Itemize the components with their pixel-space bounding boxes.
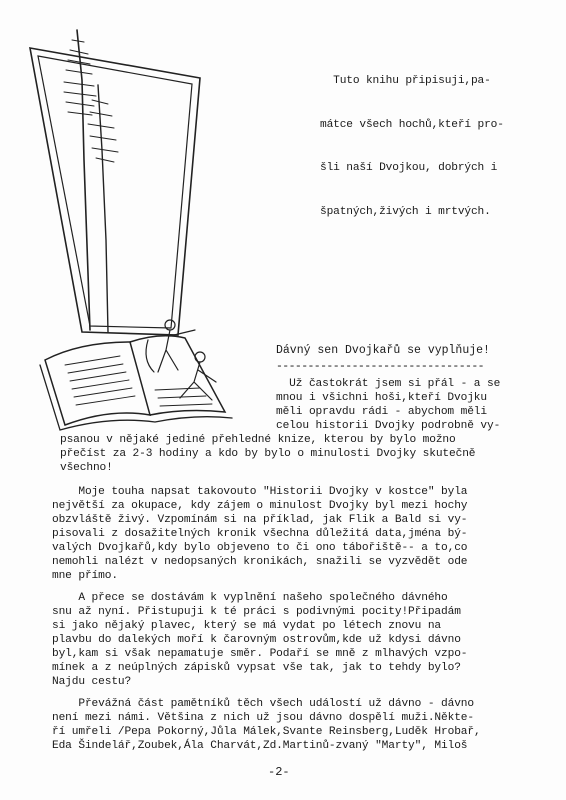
text-line: mnou i všichni hoši,kteří Dvojku [276,392,487,405]
text-line: Moje touha napsat takovouto "Historii Dv… [52,486,467,499]
text-line: měli opravdu rádi - abychom měli [276,406,487,419]
text-line: plavbu do dalekých moří k čarovným ostro… [52,634,461,647]
text-line: mne přímo. [52,570,118,583]
text-line: psanou v nějaké jediné přehledné knize, … [60,434,456,447]
page-number: -2- [268,765,290,779]
text-line: není mezi námi. Většina z nich už jsou d… [52,712,474,725]
heading-underline: --------------------------------- [276,360,484,373]
text-line: A přece se dostávám k vyplnění našeho sp… [52,592,448,605]
section-heading: Dávný sen Dvojkařů se vyplňuje! [276,344,490,357]
dedication-line: Tuto knihu připisuji,pa- [320,74,540,89]
text-line: Eda Šindelář,Zoubek,Ála Charvát,Zd.Marti… [52,740,467,753]
text-line: největší za okupace, kdy zájem o minulos… [52,500,467,513]
text-line: mínek a z neúplných zápisků vypsat vše t… [52,662,461,675]
dedication-line: špatných,živých i mrtvých. [320,205,540,220]
text-line: Převážná část pamětníků těch všech událo… [52,698,474,711]
text-line: ří umřeli /Pepa Pokorný,Jůla Málek,Svant… [52,726,481,739]
text-line: celou historii Dvojky podrobně vy- [276,420,500,433]
dedication-line: šli naší Dvojkou, dobrých i [320,161,540,176]
text-line: si jako nějaký plavec, který se má vydat… [52,620,441,633]
text-line: pisovali z dosažitelných kronik všechna … [52,528,467,541]
text-line: snu až nyní. Přistupuji k té práci s pod… [52,606,461,619]
text-line: nemohli nalézt v nedopsaných kronikách, … [52,556,467,569]
text-line: byl,kam si však nepamatuje směr. Podaří … [52,648,467,661]
text-line: Už častokrát jsem si přál - a se [276,378,500,391]
text-line: Najdu cestu? [52,676,131,689]
dedication-line: mátce všech hochů,kteří pro- [320,118,540,133]
text-line: obzvláště živý. Vzpomínám si na příklad,… [52,514,467,527]
document-page: Tuto knihu připisuji,pa- mátce všech hoc… [0,0,566,800]
text-line: valých Dvojkařů,kdy bylo objeveno to či … [52,542,467,555]
dedication: Tuto knihu připisuji,pa- mátce všech hoc… [320,45,540,248]
text-line: přečíst za 2-3 hodiny a kdo by bylo o mi… [60,448,475,461]
text-line: všechno! [60,462,113,475]
book-trees-frame-illustration-icon [20,20,300,440]
